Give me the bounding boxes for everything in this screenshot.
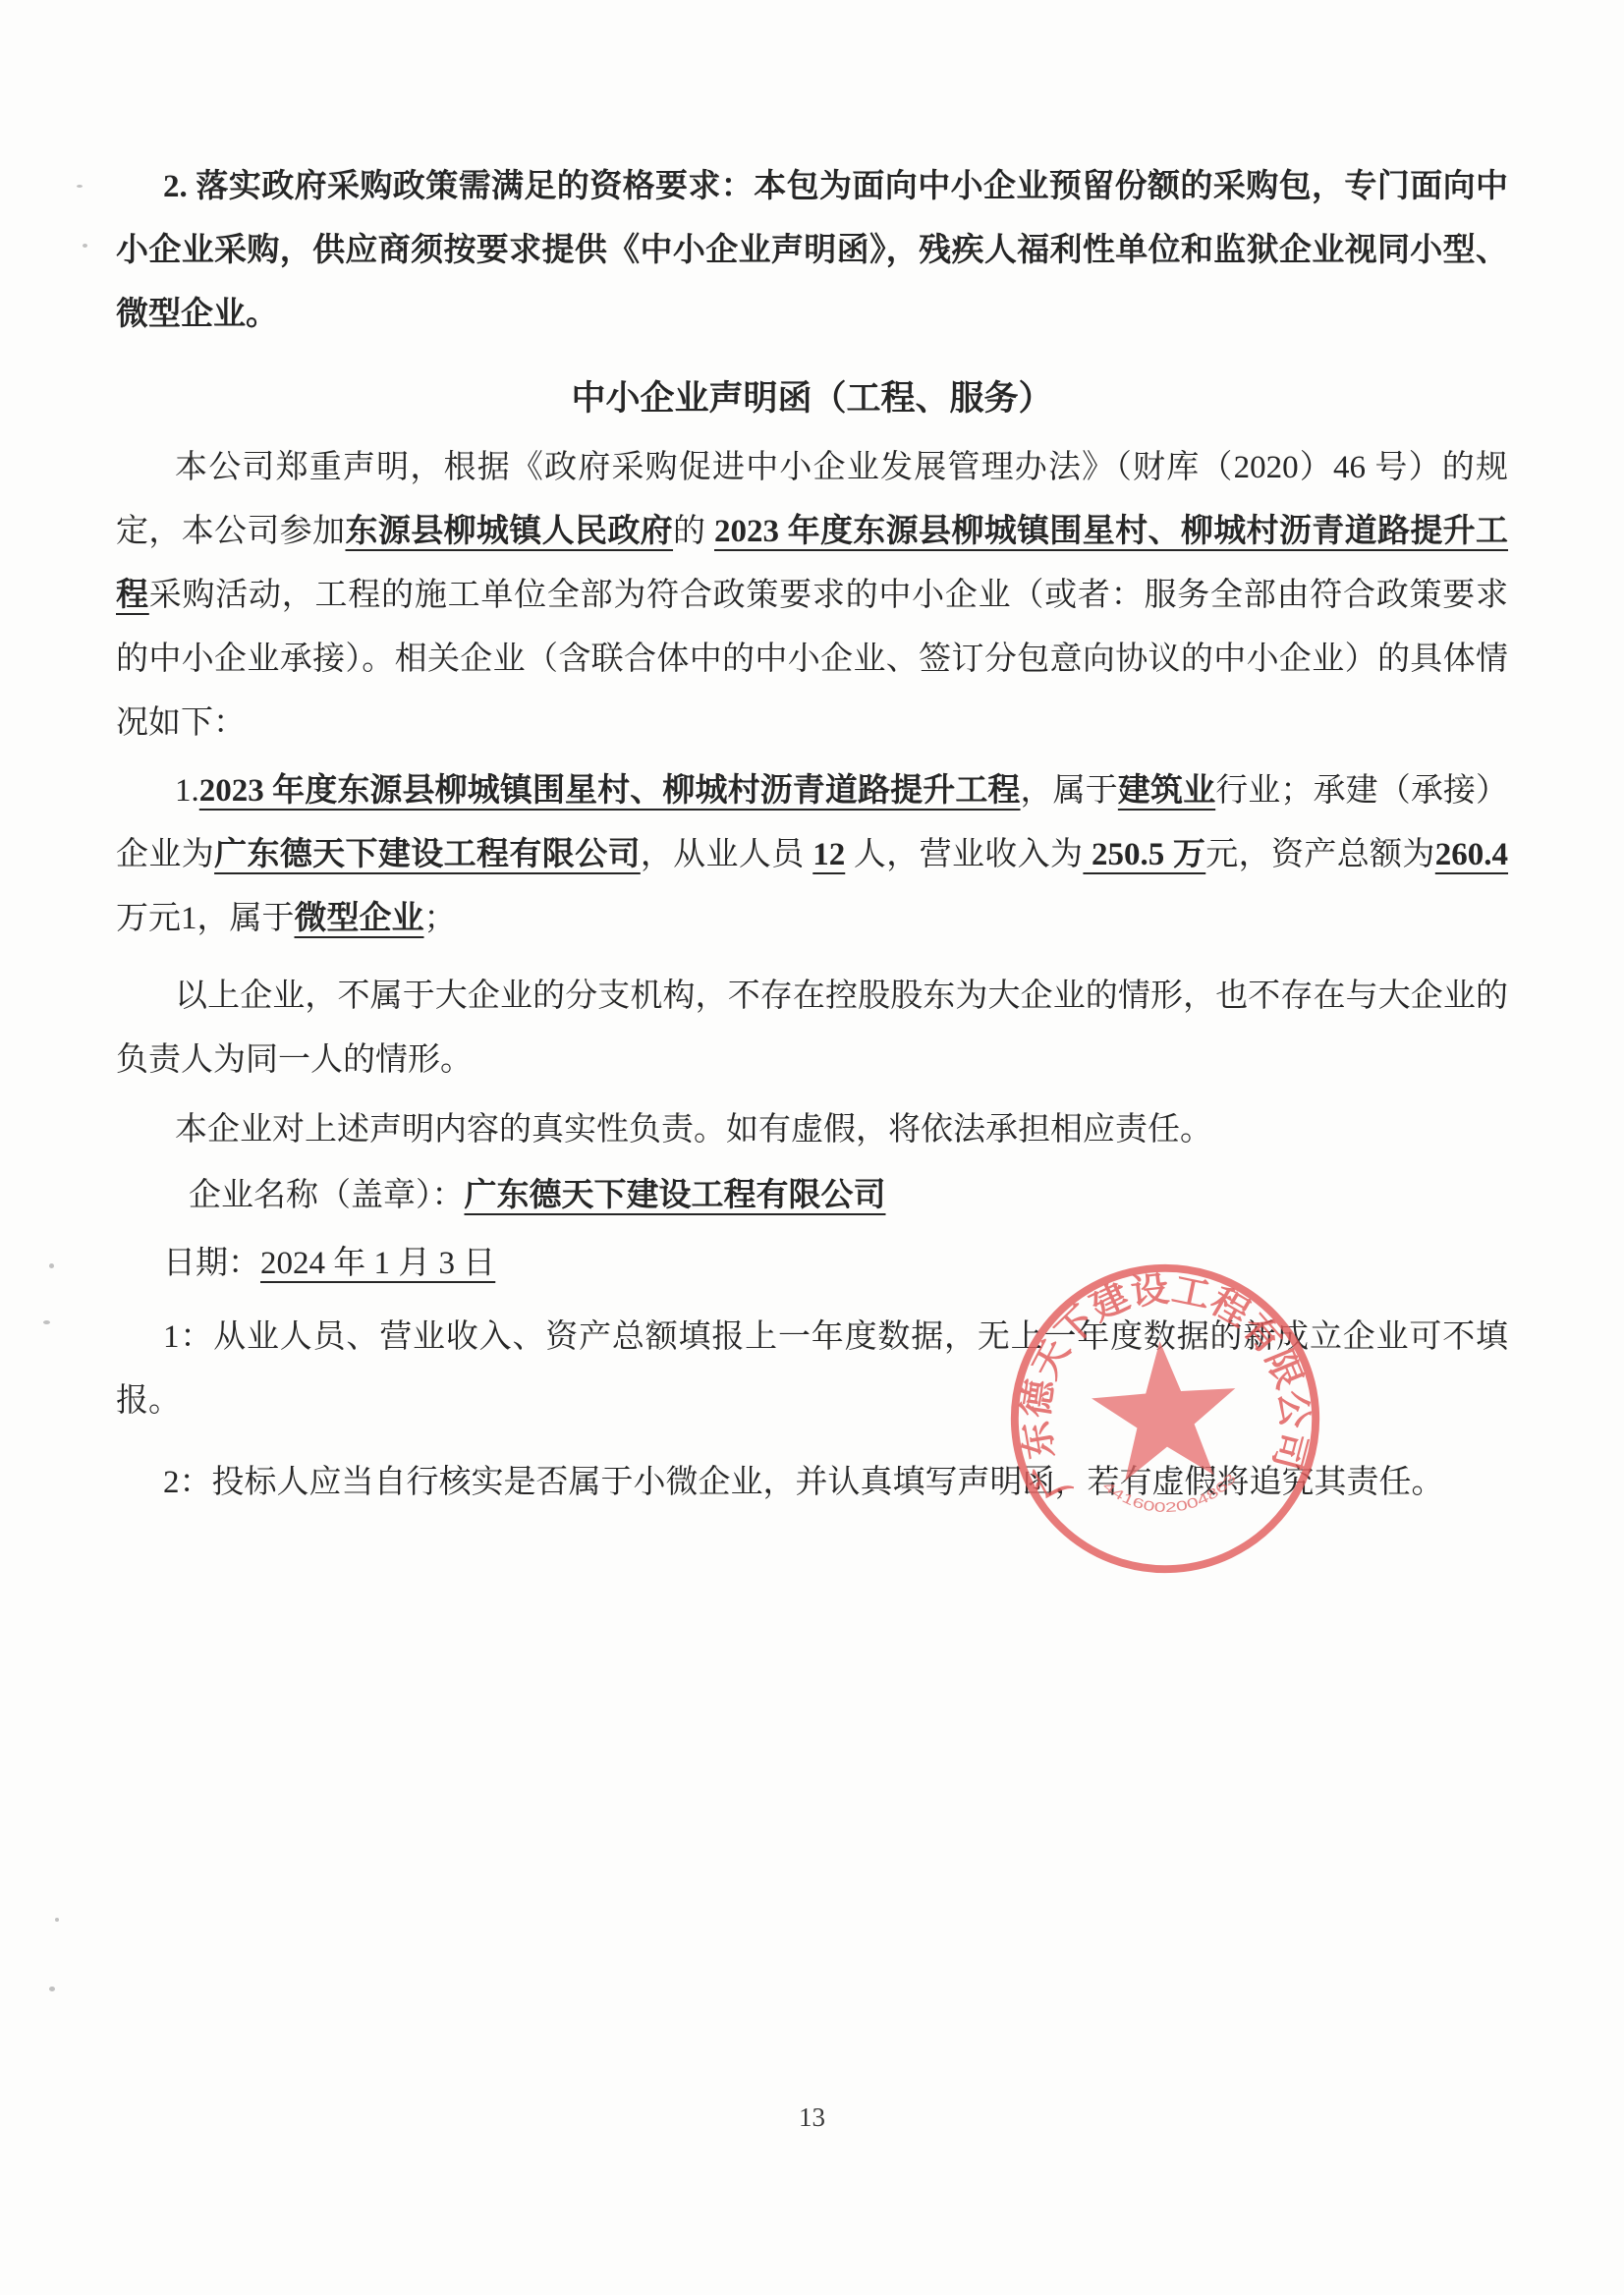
no-large-enterprise: 以上企业，不属于大企业的分支机构，不存在控股股东为大企业的情形，也不存在与大企业… [116,965,1508,1092]
authenticity-statement: 本企业对上述声明内容的真实性负责。如有虚假，将依法承担相应责任。 [116,1098,1508,1162]
company-name-line: 企业名称（盖章）：广东德天下建设工程有限公司 [116,1164,1508,1228]
policy-requirements: 2. 落实政府采购政策需满足的资格要求：本包为面向中小企业预留份额的采购包，专门… [116,155,1508,347]
text-segment: 1. [175,773,199,809]
text-segment: 人，营业收入为 [845,837,1083,872]
text-segment: 的 [673,514,714,549]
text-segment: 广东德天下建设工程有限公司 [465,1178,886,1213]
svg-text:4416002004863: 4416002004863 [1099,1469,1241,1520]
declaration-heading: 中小企业声明函（工程、服务） [116,366,1508,430]
text-segment: 万元1，属于 [116,901,295,936]
text-segment: 2023 年度东源县柳城镇围星村、柳城村沥青道路提升工程 [199,773,1021,809]
seal-star-icon [1088,1336,1241,1483]
text-segment: 本企业对上述声明内容的真实性负责。如有虚假，将依法承担相应责任。 [175,1112,1212,1147]
text-segment: ，属于 [1021,773,1118,809]
text-segment: 日期： [163,1246,260,1281]
text-segment: 以上企业，不属于大企业的分支机构，不存在控股股东为大企业的情形，也不存在与大企业… [116,979,1508,1078]
text-segment: 东源县柳城镇人民政府 [345,514,673,549]
text-segment: 建筑业 [1118,773,1215,809]
scan-artifact [49,1263,54,1268]
text-segment: 250.5 万 [1083,837,1205,872]
text-segment: 微型企业 [295,901,424,936]
text-segment: 元，资产总额为 [1205,837,1435,872]
scan-artifact [55,1918,59,1922]
scan-artifact [83,244,87,248]
seal-serial-number: 4416002004863 [1099,1469,1241,1520]
text-segment: 12 [812,837,845,872]
scan-artifact [49,1987,55,1991]
text-segment: 采购活动，工程的施工单位全部为符合政策要求的中小企业（或者：服务全部由符合政策要… [116,578,1508,741]
text-segment: ，从业人员 [641,837,812,872]
scan-artifact [43,1320,50,1324]
scan-artifact [77,185,83,188]
text-segment: 260.4 [1435,837,1508,872]
declaration-intro: 本公司郑重声明，根据《政府采购促进中小企业发展管理办法》（财库（2020）46 … [116,436,1508,756]
text-segment: 2024 年 1 月 3 日 [260,1246,495,1281]
company-seal: 广东德天下建设工程有限公司 4416002004863 [1000,1254,1330,1584]
text-segment: 企业名称（盖章）： [189,1178,465,1213]
text-segment: ； [424,901,457,936]
text-segment: 2. 落实政府采购政策需满足的资格要求：本包为面向中小企业预留份额的采购包，专门… [116,169,1508,332]
text-segment: 广东德天下建设工程有限公司 [214,837,641,872]
document-page: 2. 落实政府采购政策需满足的资格要求：本包为面向中小企业预留份额的采购包，专门… [0,0,1624,2295]
item-1: 1.2023 年度东源县柳城镇围星村、柳城村沥青道路提升工程，属于建筑业行业；承… [116,759,1508,951]
page-number: 13 [0,2102,1624,2133]
